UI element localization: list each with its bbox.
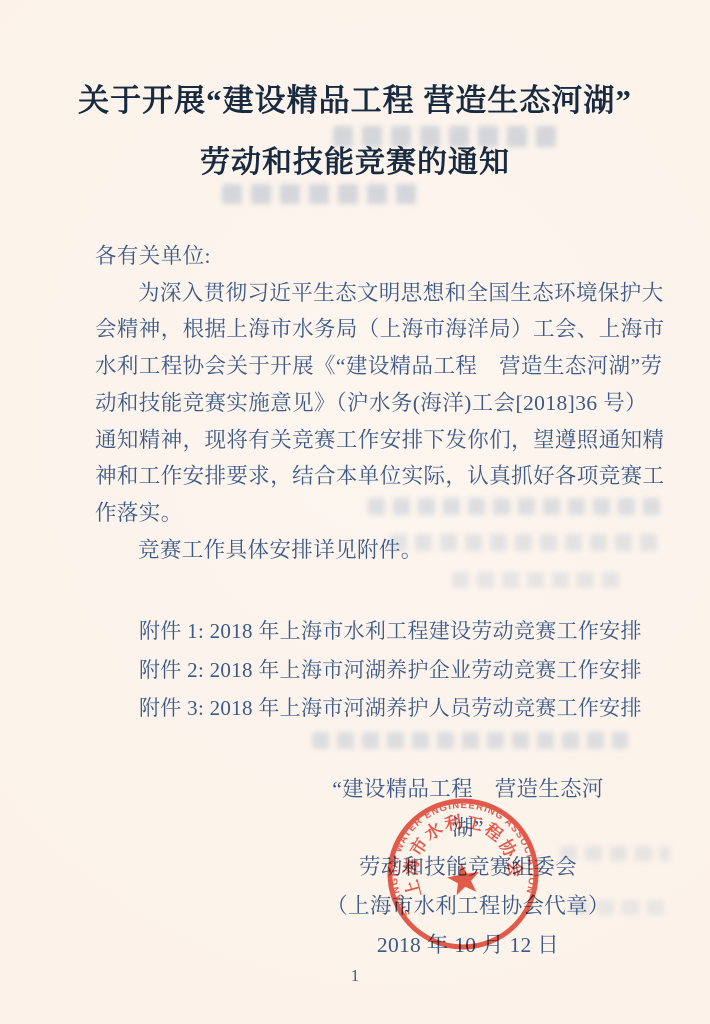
body-line: 为深入贯彻习近平生态文明思想和全国生态环境保护大 [95,275,635,312]
attachment-item: 附件 2: 2018 年上海市河湖养护企业劳动竞赛工作安排 [139,651,659,690]
bleedthrough-smudge [452,572,622,588]
bleedthrough-smudge [222,184,420,204]
salutation: 各有关单位: [95,238,635,275]
scanned-notice-page: 关于开展“建设精品工程 营造生态河湖” 劳动和技能竞赛的通知 各有关单位: 为深… [0,0,710,1024]
title-line-2: 劳动和技能竞赛的通知 [0,147,710,179]
bleedthrough-smudge [312,732,628,749]
attachment-list: 附件 1: 2018 年上海市水利工程建设劳动竞赛工作安排 附件 2: 2018… [139,612,659,728]
body-line: 动和技能竞赛实施意见》（沪水务(海洋)工会[2018]36 号） [95,385,635,422]
official-seal: SHANGHAI WATER ENGINEERING ASSOCIATION 上… [370,781,555,966]
page-number: 1 [0,966,710,986]
body-line: 水利工程协会关于开展《“建设精品工程 营造生态河湖”劳 [95,348,635,385]
document-title: 关于开展“建设精品工程 营造生态河湖” 劳动和技能竞赛的通知 [0,84,710,179]
body-line: 通知精神，现将有关竞赛工作安排下发你们，望遵照通知精 [95,422,635,459]
body-line: 神和工作安排要求，结合本单位实际，认真抓好各项竞赛工 [95,458,635,495]
body-line: 作落实。 [95,495,635,532]
notice-body: 各有关单位: 为深入贯彻习近平生态文明思想和全国生态环境保护大 会精神，根据上海… [95,238,635,568]
body-line: 竞赛工作具体安排详见附件。 [95,532,635,569]
seal-star-icon [445,860,482,896]
attachment-item: 附件 1: 2018 年上海市水利工程建设劳动竞赛工作安排 [139,612,659,651]
attachment-item: 附件 3: 2018 年上海市河湖养护人员劳动竞赛工作安排 [139,689,659,728]
title-line-1: 关于开展“建设精品工程 营造生态河湖” [0,84,710,118]
body-line: 会精神，根据上海市水务局（上海市海洋局）工会、上海市 [95,311,635,348]
